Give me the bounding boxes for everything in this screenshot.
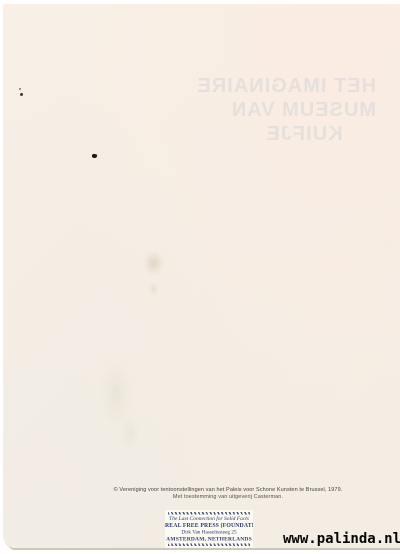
publisher-stamp-content: The Last Connection for Solid Facts REAL… <box>165 512 253 546</box>
paper-stain <box>144 251 164 275</box>
ink-speck <box>92 154 98 159</box>
paper-stain <box>149 283 158 295</box>
ink-speck <box>19 88 21 90</box>
stamp-slogan: The Last Connection for Solid Facts <box>165 515 253 522</box>
ink-speck <box>20 93 23 96</box>
scanned-back-cover: HET IMAGINAIRE MUSEUM VAN KUIFJE © Veren… <box>0 0 400 554</box>
copyright-line-1: © Vereniging voor tentoonstellingen van … <box>78 486 378 493</box>
stamp-publisher-name: REAL FREE PRESS (FOUNDATION) <box>165 522 253 529</box>
paper-stain <box>121 416 139 450</box>
ghost-title-line: MUSEUM VAN <box>232 98 376 122</box>
ghost-title-line: HET IMAGINAIRE <box>232 74 376 98</box>
copyright-block: © Vereniging voor tentoonstellingen van … <box>78 486 378 500</box>
ghost-title-line: KUIFJE <box>232 122 376 146</box>
stamp-city: AMSTERDAM, NETHERLANDS <box>165 536 253 543</box>
ghost-show-through-title: HET IMAGINAIRE MUSEUM VAN KUIFJE <box>232 74 376 146</box>
stamp-border-top <box>168 512 250 515</box>
book-back-cover-paper: HET IMAGINAIRE MUSEUM VAN KUIFJE © Veren… <box>3 4 400 550</box>
watermark-url: www.palinda.nl <box>283 530 400 548</box>
copyright-line-2: Met toestemming van uitgeverij Casterman… <box>78 493 378 500</box>
publisher-stamp: The Last Connection for Solid Facts REAL… <box>165 510 253 548</box>
